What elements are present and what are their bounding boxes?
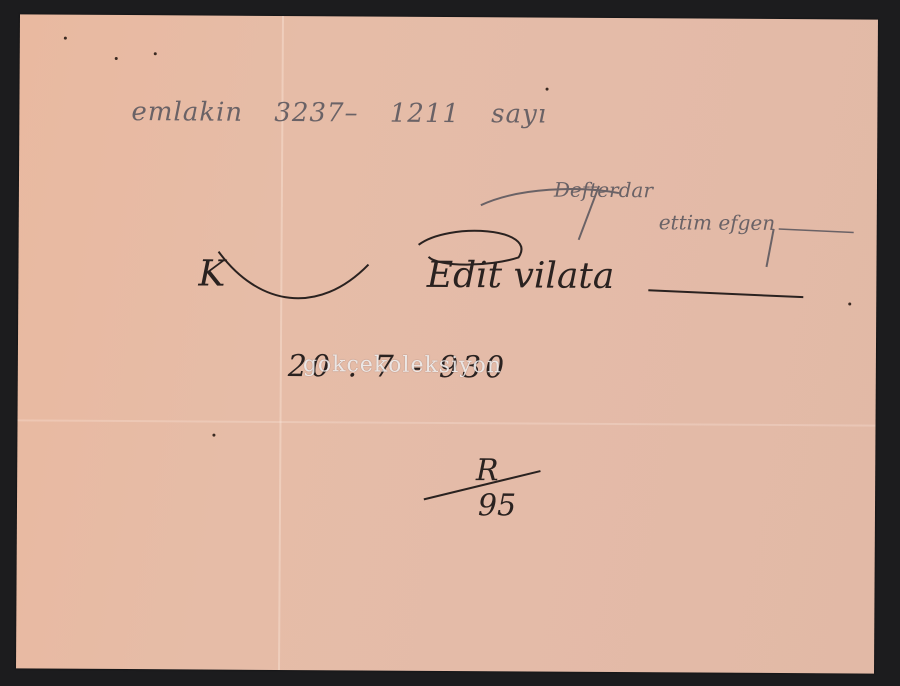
header-number-b: 1211 (390, 99, 460, 129)
addressee-line: K Edit vilata (198, 253, 614, 297)
annotation-line-2: ettim efgen (659, 210, 776, 235)
reference-fraction: R 95 (432, 453, 542, 524)
annotation-line-1: Defterdar (554, 178, 653, 203)
paper-speck (546, 88, 549, 91)
header-suffix: sayı (491, 99, 547, 129)
document-paper: emlakin 3237– 1211 sayı Defterdar ettim … (16, 14, 878, 673)
header-note: emlakin 3237– 1211 sayı (131, 97, 547, 130)
fold-line-horizontal (18, 419, 876, 426)
addressee-letter: K (198, 253, 225, 294)
paper-speck (848, 302, 851, 305)
watermark: gokcekoleksiyon (303, 352, 502, 378)
paper-speck (154, 52, 157, 55)
paper-speck (212, 434, 215, 437)
addressee-text: Edit vilata (427, 255, 615, 297)
header-word: emlakin (131, 97, 243, 128)
reference-number: 95 (452, 488, 542, 524)
paper-speck (115, 57, 118, 60)
paper-speck (64, 37, 67, 40)
header-number-a: 3237 (274, 98, 344, 128)
